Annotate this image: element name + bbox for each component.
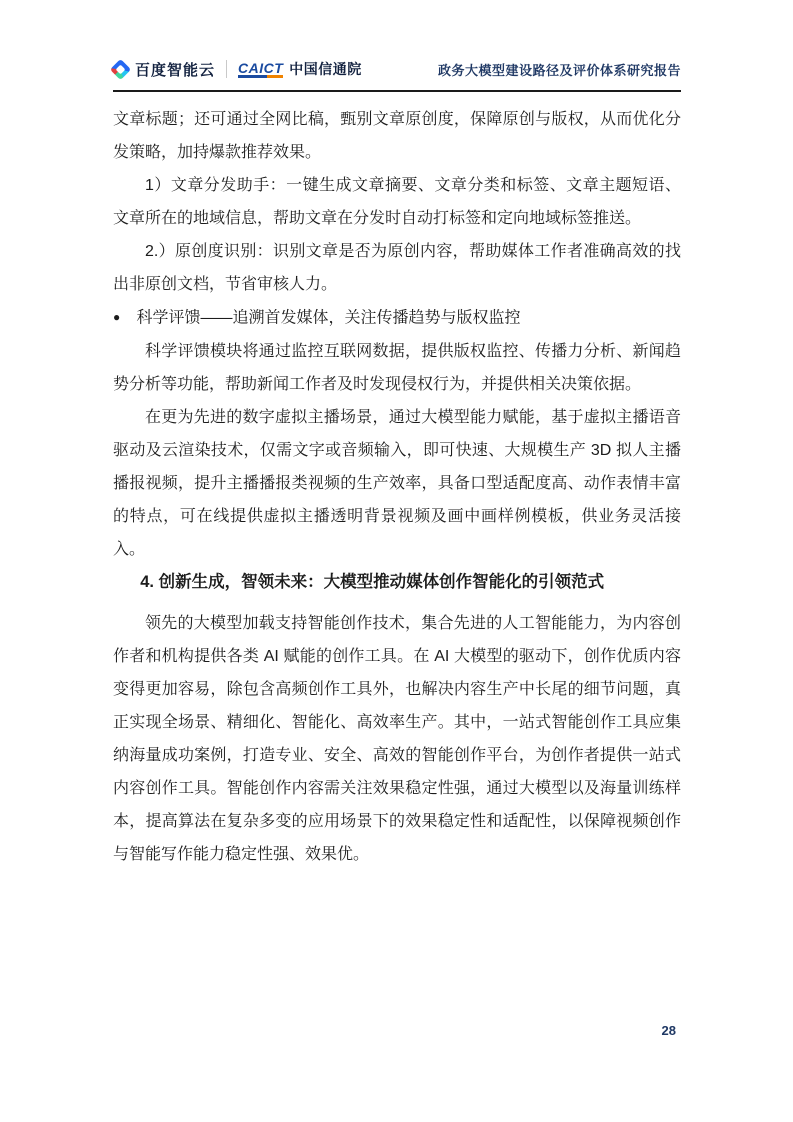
paragraph-continuation: 文章标题；还可通过全网比稿，甄别文章原创度，保障原创与版权，从而优化分发策略，加…	[113, 103, 681, 169]
paragraph-innovation: 领先的大模型加载支持智能创作技术，集合先进的人工智能能力，为内容创作者和机构提供…	[113, 607, 681, 871]
baidu-brand-text: 百度智能云	[135, 59, 215, 80]
paragraph-numbered-1: 1）文章分发助手：一键生成文章摘要、文章分类和标签、文章主题短语、文章所在的地域…	[113, 169, 681, 235]
page-number: 28	[662, 1023, 676, 1038]
bullet-icon: ●	[113, 310, 120, 324]
paragraph-virtual-anchor: 在更为先进的数字虚拟主播场景，通过大模型能力赋能，基于虚拟主播语音驱动及云渲染技…	[113, 401, 681, 566]
document-page: 百度智能云 CAICT 中国信通院 政务大模型建设路径及评价体系研究报告 文章标…	[0, 0, 793, 1122]
bullet-item-text: 科学评馈——追溯首发媒体，关注传播趋势与版权监控	[136, 310, 520, 327]
page-header: 百度智能云 CAICT 中国信通院 政务大模型建设路径及评价体系研究报告	[113, 54, 681, 92]
baidu-cloud-icon	[110, 58, 131, 79]
header-row: 百度智能云 CAICT 中国信通院 政务大模型建设路径及评价体系研究报告	[113, 54, 681, 92]
logo-group: 百度智能云 CAICT 中国信通院	[113, 59, 362, 80]
paragraph-feedback: 科学评馈模块将通过监控互联网数据，提供版权监控、传播力分析、新闻趋势分析等功能，…	[113, 335, 681, 401]
logo-divider	[226, 60, 227, 78]
caict-acronym-text: CAICT	[238, 61, 283, 78]
section-heading-4: 4. 创新生成，智领未来：大模型推动媒体创作智能化的引领范式	[113, 566, 681, 599]
bullet-list-item: ●科学评馈——追溯首发媒体，关注传播趋势与版权监控	[113, 301, 681, 335]
baidu-cloud-logo: 百度智能云	[113, 59, 215, 80]
document-body: 文章标题；还可通过全网比稿，甄别文章原创度，保障原创与版权，从而优化分发策略，加…	[113, 103, 681, 871]
caict-logo: CAICT 中国信通院	[238, 59, 362, 79]
paragraph-numbered-2: 2.）原创度识别：识别文章是否为原创内容，帮助媒体工作者准确高效的找出非原创文档…	[113, 235, 681, 301]
report-title: 政务大模型建设路径及评价体系研究报告	[438, 60, 681, 79]
caict-name-text: 中国信通院	[289, 59, 362, 79]
